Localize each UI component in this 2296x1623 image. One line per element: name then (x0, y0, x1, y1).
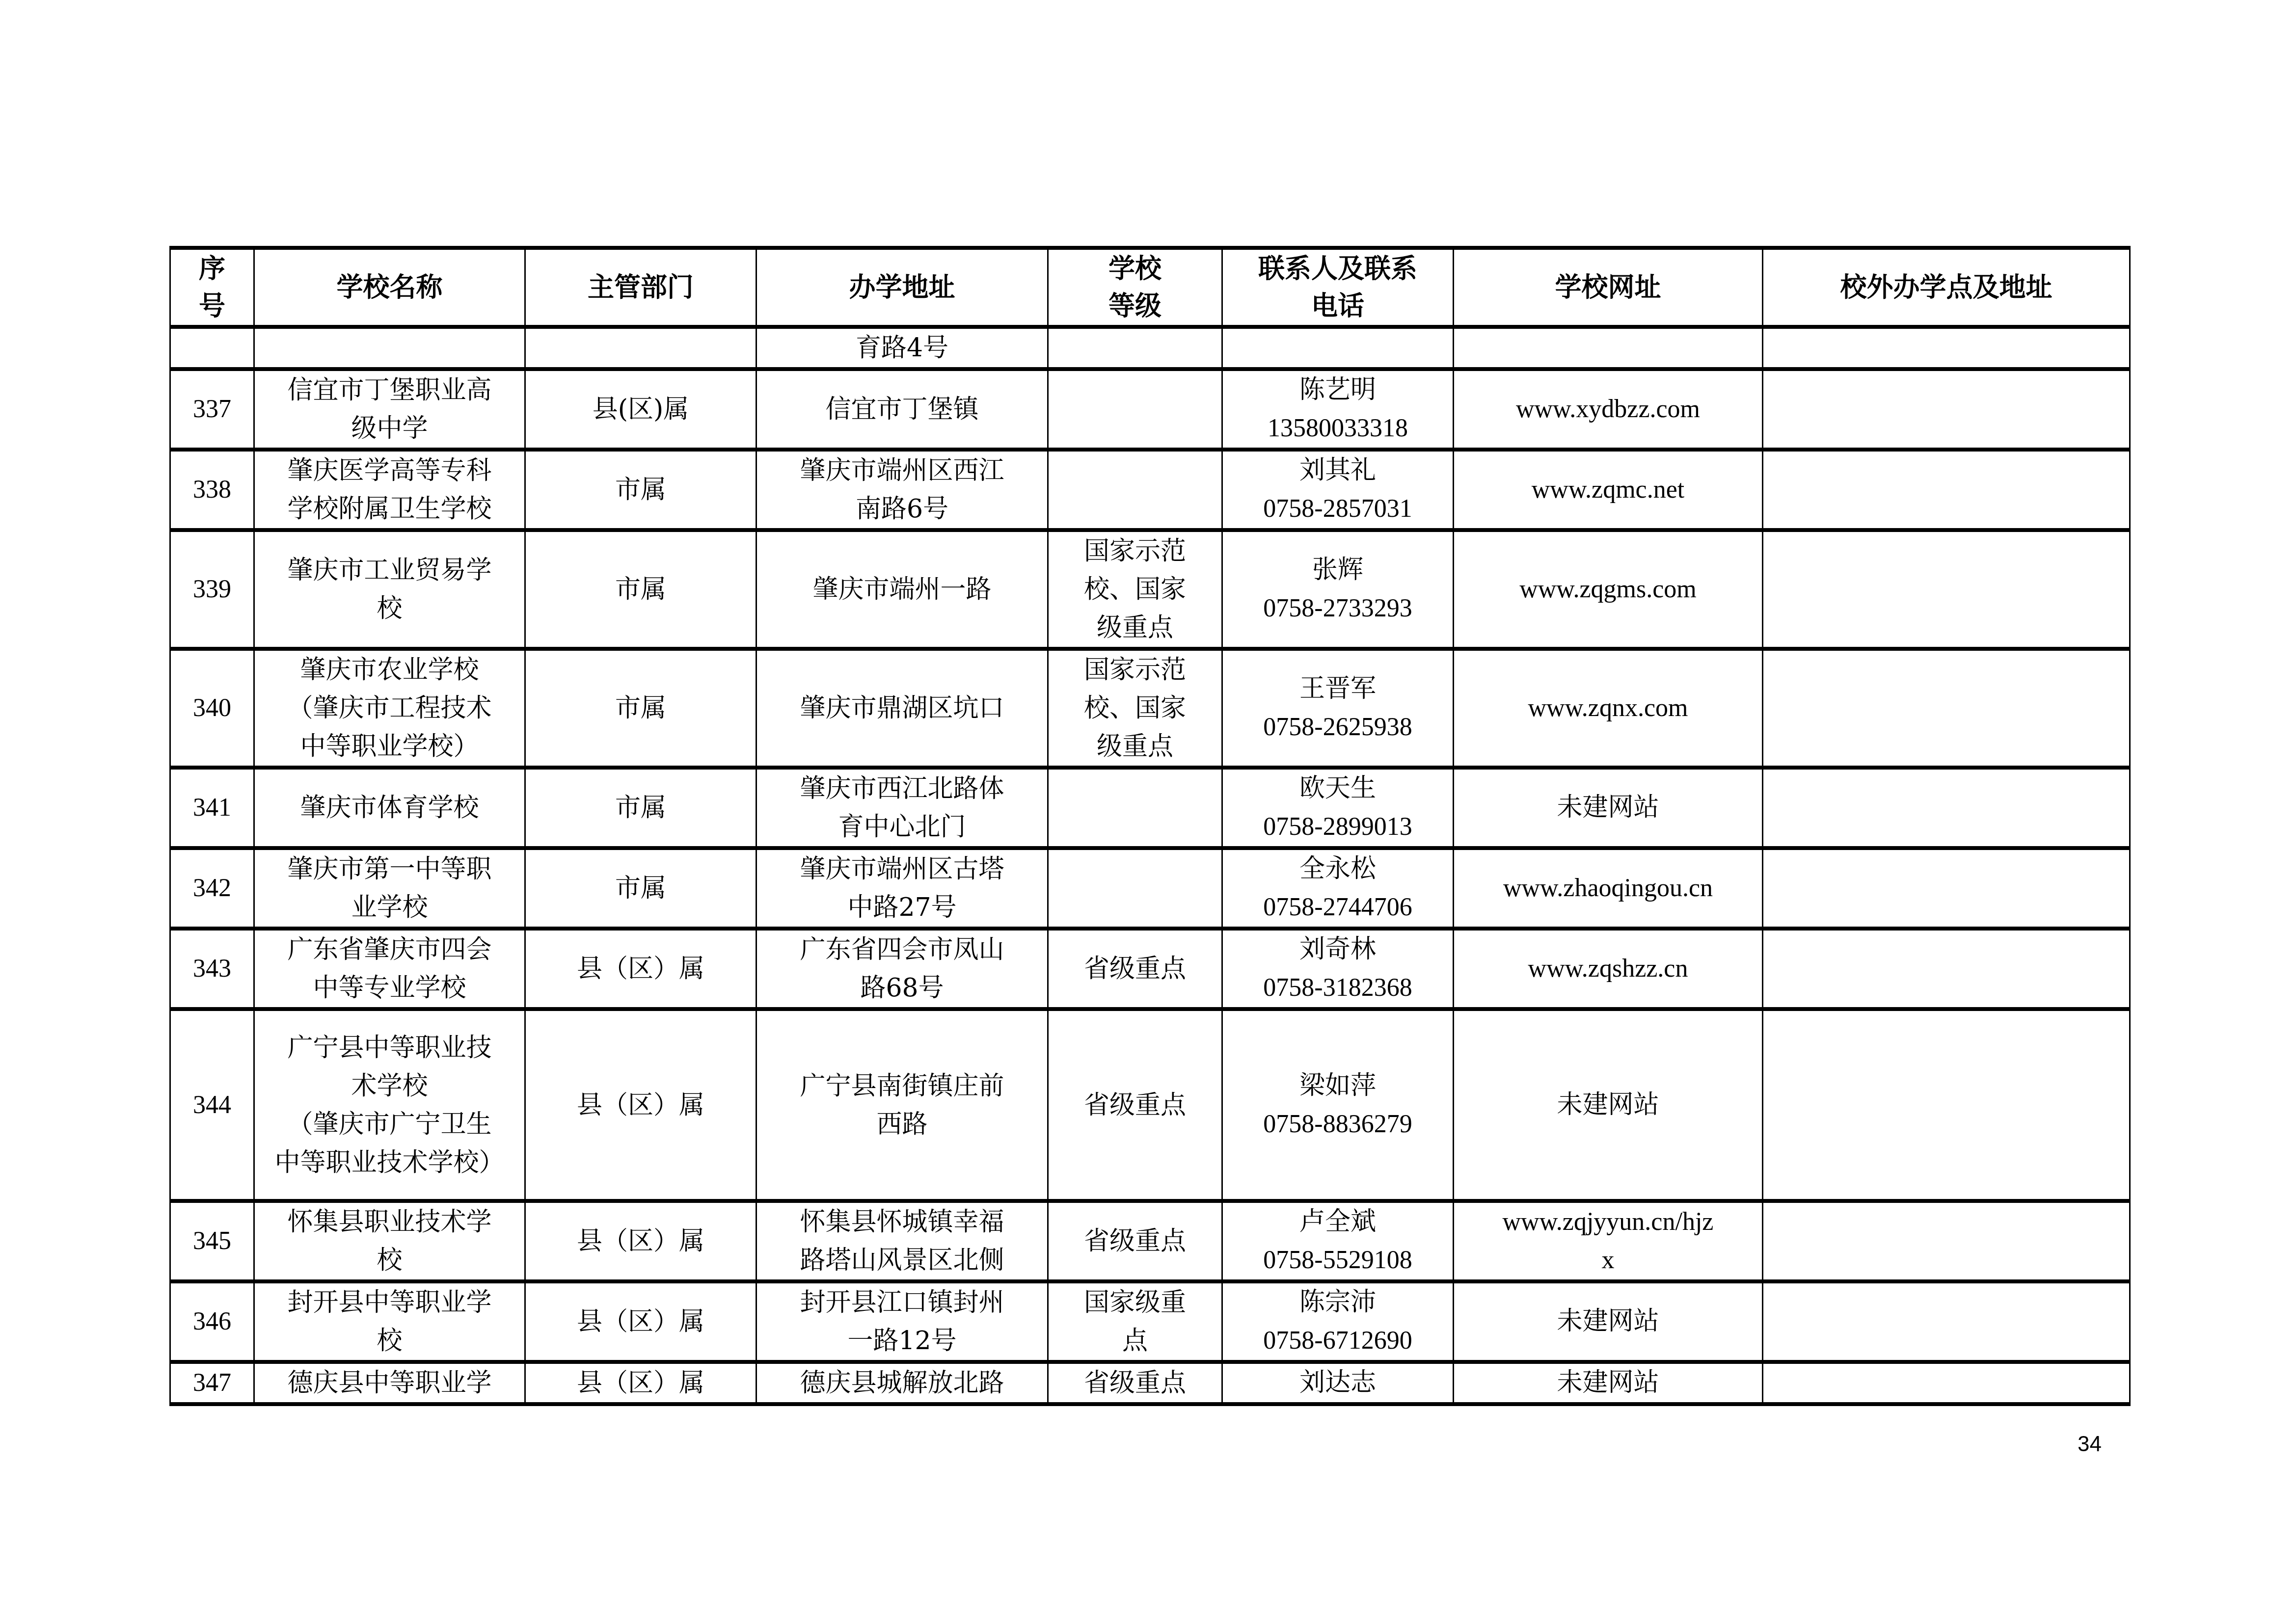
cell-address-line: 广东省四会市凤山 (763, 931, 1041, 969)
cell-website-line: www.zqshzz.cn (1460, 950, 1756, 988)
cell-branch (1763, 929, 2130, 1009)
cell-address: 德庆县城解放北路 (756, 1362, 1048, 1404)
cell-address-line: 西路 (763, 1105, 1041, 1144)
cell-website (1454, 327, 1763, 369)
cell-address-line: 广宁县南街镇庄前 (763, 1067, 1041, 1105)
cell-school-name (254, 327, 525, 369)
cell-contact: 欧天生0758-2899013 (1222, 768, 1454, 848)
header-school-name: 学校名称 (254, 248, 525, 327)
cell-address: 广宁县南街镇庄前西路 (756, 1009, 1048, 1201)
cell-address: 信宜市丁堡镇 (756, 369, 1048, 450)
cell-school-name-line: 封开县中等职业学 (261, 1283, 518, 1322)
cell-address-line: 怀集县怀城镇幸福 (763, 1203, 1041, 1241)
cell-level: 国家示范校、国家级重点 (1048, 649, 1222, 768)
cell-branch (1763, 1362, 2130, 1404)
cell-index: 339 (170, 530, 254, 649)
cell-address: 肇庆市西江北路体育中心北门 (756, 768, 1048, 848)
cell-department: 市属 (525, 450, 756, 530)
cell-address-line: 育路4号 (763, 329, 1041, 367)
cell-department: 市属 (525, 768, 756, 848)
cell-index: 342 (170, 848, 254, 929)
cell-school-name-line: 肇庆市工业贸易学 (261, 551, 518, 589)
cell-contact: 陈艺明13580033318 (1222, 369, 1454, 450)
cell-level-line: 省级重点 (1054, 1086, 1216, 1124)
cell-contact-line: 刘其礼 (1229, 452, 1447, 490)
table-row: 347德庆县中等职业学县（区）属德庆县城解放北路省级重点刘达志未建网站 (170, 1362, 2130, 1404)
cell-branch (1763, 1009, 2130, 1201)
cell-branch (1763, 369, 2130, 450)
cell-address-line: 德庆县城解放北路 (763, 1364, 1041, 1402)
header-label-line: 学校 (1054, 250, 1216, 288)
table-row: 344广宁县中等职业技术学校（肇庆市广宁卫生中等职业技术学校）县（区）属广宁县南… (170, 1009, 2130, 1201)
cell-branch (1763, 1281, 2130, 1362)
cell-contact-line: 0758-2857031 (1229, 490, 1447, 528)
cell-contact-line: 0758-2744706 (1229, 888, 1447, 927)
cell-school-name-line: 信宜市丁堡职业高 (261, 371, 518, 409)
header-department: 主管部门 (525, 248, 756, 327)
cell-contact-line: 王晋军 (1229, 670, 1447, 708)
cell-contact-line: 0758-6712690 (1229, 1322, 1447, 1360)
cell-school-name: 德庆县中等职业学 (254, 1362, 525, 1404)
cell-address-line: 南路6号 (763, 490, 1041, 528)
school-table: 序号学校名称主管部门办学地址学校等级联系人及联系电话学校网址校外办学点及地址 育… (169, 246, 2131, 1406)
cell-address-line: 肇庆市端州区古塔 (763, 850, 1041, 888)
cell-address: 怀集县怀城镇幸福路塔山风景区北侧 (756, 1201, 1048, 1281)
cell-school-name: 肇庆市第一中等职业学校 (254, 848, 525, 929)
header-label-line: 等级 (1054, 288, 1216, 325)
cell-school-name-line: 学校附属卫生学校 (261, 490, 518, 528)
cell-address-line: 肇庆市鼎湖区坑口 (763, 689, 1041, 727)
cell-website-line: www.zqjyyun.cn/hjz (1460, 1203, 1756, 1241)
header-website: 学校网址 (1454, 248, 1763, 327)
cell-department: 县（区）属 (525, 929, 756, 1009)
table-row: 343广东省肇庆市四会中等专业学校县（区）属广东省四会市凤山路68号省级重点刘奇… (170, 929, 2130, 1009)
cell-address: 肇庆市端州区西江南路6号 (756, 450, 1048, 530)
cell-department: 市属 (525, 530, 756, 649)
cell-contact: 张辉0758-2733293 (1222, 530, 1454, 649)
header-label-line: 学校网址 (1460, 269, 1756, 306)
cell-index: 340 (170, 649, 254, 768)
cell-contact-line: 刘达志 (1229, 1364, 1447, 1402)
table-row: 337信宜市丁堡职业高级中学县(区)属信宜市丁堡镇陈艺明13580033318w… (170, 369, 2130, 450)
cell-address-line: 肇庆市端州区西江 (763, 452, 1041, 490)
cell-index: 347 (170, 1362, 254, 1404)
cell-level-line: 校、国家 (1054, 570, 1216, 609)
cell-school-name-line: 级中学 (261, 409, 518, 448)
cell-level-line: 点 (1054, 1322, 1216, 1360)
cell-website: www.zqgms.com (1454, 530, 1763, 649)
cell-index: 343 (170, 929, 254, 1009)
header-label-line: 学校名称 (261, 269, 518, 306)
cell-index: 337 (170, 369, 254, 450)
cell-address: 育路4号 (756, 327, 1048, 369)
cell-contact-line: 张辉 (1229, 551, 1447, 589)
cell-contact: 刘其礼0758-2857031 (1222, 450, 1454, 530)
cell-index: 345 (170, 1201, 254, 1281)
table-row: 346封开县中等职业学校县（区）属封开县江口镇封州一路12号国家级重点陈宗沛07… (170, 1281, 2130, 1362)
cell-school-name: 广宁县中等职业技术学校（肇庆市广宁卫生中等职业技术学校） (254, 1009, 525, 1201)
cell-contact-line: 0758-2625938 (1229, 708, 1447, 746)
cell-address-line: 封开县江口镇封州 (763, 1283, 1041, 1322)
cell-department: 县（区）属 (525, 1362, 756, 1404)
header-branch: 校外办学点及地址 (1763, 248, 2130, 327)
cell-website-line: www.zhaoqingou.cn (1460, 869, 1756, 907)
cell-website-line: www.zqmc.net (1460, 471, 1756, 509)
header-index: 序号 (170, 248, 254, 327)
cell-address: 肇庆市端州区古塔中路27号 (756, 848, 1048, 929)
cell-website-line: www.xydbzz.com (1460, 390, 1756, 428)
cell-school-name-line: 中等专业学校 (261, 969, 518, 1007)
cell-school-name-line: 肇庆医学高等专科 (261, 452, 518, 490)
cell-level: 省级重点 (1048, 1362, 1222, 1404)
table-row: 338肇庆医学高等专科学校附属卫生学校市属肇庆市端州区西江南路6号刘其礼0758… (170, 450, 2130, 530)
cell-contact-line: 0758-5529108 (1229, 1241, 1447, 1279)
cell-department: 县(区)属 (525, 369, 756, 450)
header-contact: 联系人及联系电话 (1222, 248, 1454, 327)
cell-address-line: 肇庆市端州一路 (763, 570, 1041, 609)
cell-school-name-line: 广东省肇庆市四会 (261, 931, 518, 969)
cell-website-line: 未建网站 (1460, 1364, 1756, 1402)
cell-school-name-line: 业学校 (261, 888, 518, 927)
header-label-line: 序 (177, 250, 247, 288)
cell-contact (1222, 327, 1454, 369)
cell-address-line: 肇庆市西江北路体 (763, 770, 1041, 808)
table-row: 育路4号 (170, 327, 2130, 369)
cell-school-name: 肇庆市工业贸易学校 (254, 530, 525, 649)
cell-school-name-line: 校 (261, 1241, 518, 1279)
cell-level (1048, 450, 1222, 530)
cell-level: 省级重点 (1048, 929, 1222, 1009)
cell-branch (1763, 450, 2130, 530)
cell-website: www.zqmc.net (1454, 450, 1763, 530)
cell-address: 封开县江口镇封州一路12号 (756, 1281, 1048, 1362)
cell-contact-line: 0758-8836279 (1229, 1105, 1447, 1144)
cell-level: 国家级重点 (1048, 1281, 1222, 1362)
cell-address-line: 信宜市丁堡镇 (763, 390, 1041, 428)
cell-index: 341 (170, 768, 254, 848)
cell-school-name-line: 肇庆市第一中等职 (261, 850, 518, 888)
cell-website: 未建网站 (1454, 1281, 1763, 1362)
cell-school-name-line: （肇庆市工程技术 (261, 689, 518, 727)
table-row: 339肇庆市工业贸易学校市属肇庆市端州一路国家示范校、国家级重点张辉0758-2… (170, 530, 2130, 649)
cell-contact-line: 全永松 (1229, 850, 1447, 888)
cell-level-line: 国家示范 (1054, 532, 1216, 570)
cell-website: www.zqshzz.cn (1454, 929, 1763, 1009)
cell-branch (1763, 768, 2130, 848)
header-label-line: 主管部门 (532, 269, 750, 306)
cell-address: 肇庆市鼎湖区坑口 (756, 649, 1048, 768)
cell-contact: 梁如萍0758-8836279 (1222, 1009, 1454, 1201)
cell-school-name-line: 中等职业技术学校） (261, 1144, 518, 1182)
cell-level-line: 国家示范 (1054, 651, 1216, 689)
cell-level: 国家示范校、国家级重点 (1048, 530, 1222, 649)
cell-school-name-line: （肇庆市广宁卫生 (261, 1105, 518, 1144)
cell-index: 346 (170, 1281, 254, 1362)
cell-contact: 刘达志 (1222, 1362, 1454, 1404)
header-label-line: 校外办学点及地址 (1769, 269, 2123, 306)
cell-website-line: 未建网站 (1460, 1086, 1756, 1124)
table-row: 342肇庆市第一中等职业学校市属肇庆市端州区古塔中路27号全永松0758-274… (170, 848, 2130, 929)
cell-website-line: www.zqnx.com (1460, 689, 1756, 727)
cell-contact-line: 0758-3182368 (1229, 969, 1447, 1007)
cell-school-name: 肇庆市农业学校（肇庆市工程技术中等职业学校） (254, 649, 525, 768)
cell-address-line: 育中心北门 (763, 808, 1041, 846)
cell-level-line: 级重点 (1054, 727, 1216, 766)
cell-website: 未建网站 (1454, 1362, 1763, 1404)
cell-school-name: 怀集县职业技术学校 (254, 1201, 525, 1281)
cell-level: 省级重点 (1048, 1009, 1222, 1201)
header-label-line: 电话 (1229, 288, 1447, 325)
cell-address: 广东省四会市凤山路68号 (756, 929, 1048, 1009)
cell-website-line: 未建网站 (1460, 1303, 1756, 1341)
cell-branch (1763, 649, 2130, 768)
table-row: 341肇庆市体育学校市属肇庆市西江北路体育中心北门欧天生0758-2899013… (170, 768, 2130, 848)
cell-contact-line: 卢全斌 (1229, 1203, 1447, 1241)
cell-level-line: 级重点 (1054, 609, 1216, 647)
cell-website: www.xydbzz.com (1454, 369, 1763, 450)
cell-level: 省级重点 (1048, 1201, 1222, 1281)
cell-website-line: 未建网站 (1460, 789, 1756, 827)
cell-contact-line: 13580033318 (1229, 409, 1447, 448)
cell-level (1048, 848, 1222, 929)
table-row: 345怀集县职业技术学校县（区）属怀集县怀城镇幸福路塔山风景区北侧省级重点卢全斌… (170, 1201, 2130, 1281)
cell-level-line: 校、国家 (1054, 689, 1216, 727)
cell-school-name-line: 德庆县中等职业学 (261, 1364, 518, 1402)
cell-address-line: 路塔山风景区北侧 (763, 1241, 1041, 1279)
cell-school-name-line: 中等职业学校） (261, 727, 518, 766)
cell-contact-line: 梁如萍 (1229, 1067, 1447, 1105)
header-level: 学校等级 (1048, 248, 1222, 327)
cell-index: 344 (170, 1009, 254, 1201)
cell-index (170, 327, 254, 369)
cell-contact-line: 0758-2899013 (1229, 808, 1447, 846)
cell-school-name: 封开县中等职业学校 (254, 1281, 525, 1362)
cell-contact: 刘奇林0758-3182368 (1222, 929, 1454, 1009)
cell-index: 338 (170, 450, 254, 530)
cell-contact: 全永松0758-2744706 (1222, 848, 1454, 929)
table-body: 育路4号337信宜市丁堡职业高级中学县(区)属信宜市丁堡镇陈艺明13580033… (170, 327, 2130, 1404)
cell-contact-line: 陈艺明 (1229, 371, 1447, 409)
cell-department (525, 327, 756, 369)
cell-contact-line: 0758-2733293 (1229, 589, 1447, 628)
table-row: 340肇庆市农业学校（肇庆市工程技术中等职业学校）市属肇庆市鼎湖区坑口国家示范校… (170, 649, 2130, 768)
header-address: 办学地址 (756, 248, 1048, 327)
cell-school-name-line: 肇庆市体育学校 (261, 789, 518, 827)
cell-level (1048, 768, 1222, 848)
cell-level-line: 省级重点 (1054, 950, 1216, 988)
header-label-line: 办学地址 (763, 269, 1041, 306)
cell-contact-line: 陈宗沛 (1229, 1283, 1447, 1322)
document-page: 序号学校名称主管部门办学地址学校等级联系人及联系电话学校网址校外办学点及地址 育… (0, 0, 2296, 1623)
cell-website: www.zqnx.com (1454, 649, 1763, 768)
cell-contact: 陈宗沛0758-6712690 (1222, 1281, 1454, 1362)
cell-school-name-line: 校 (261, 1322, 518, 1360)
cell-school-name: 肇庆医学高等专科学校附属卫生学校 (254, 450, 525, 530)
cell-school-name: 信宜市丁堡职业高级中学 (254, 369, 525, 450)
cell-address-line: 路68号 (763, 969, 1041, 1007)
cell-website: www.zhaoqingou.cn (1454, 848, 1763, 929)
header-label-line: 联系人及联系 (1229, 250, 1447, 288)
cell-level-line: 国家级重 (1054, 1283, 1216, 1322)
cell-address: 肇庆市端州一路 (756, 530, 1048, 649)
cell-address-line: 一路12号 (763, 1322, 1041, 1360)
cell-branch (1763, 1201, 2130, 1281)
cell-contact: 王晋军0758-2625938 (1222, 649, 1454, 768)
cell-website: www.zqjyyun.cn/hjzx (1454, 1201, 1763, 1281)
cell-level (1048, 327, 1222, 369)
cell-school-name-line: 广宁县中等职业技 (261, 1029, 518, 1067)
header-label-line: 号 (177, 288, 247, 325)
cell-website: 未建网站 (1454, 1009, 1763, 1201)
cell-website-line: www.zqgms.com (1460, 570, 1756, 609)
page-number: 34 (2078, 1432, 2102, 1457)
cell-contact-line: 欧天生 (1229, 770, 1447, 808)
table-header-row: 序号学校名称主管部门办学地址学校等级联系人及联系电话学校网址校外办学点及地址 (170, 248, 2130, 327)
cell-department: 县（区）属 (525, 1201, 756, 1281)
cell-school-name-line: 校 (261, 589, 518, 628)
cell-branch (1763, 327, 2130, 369)
cell-department: 市属 (525, 649, 756, 768)
cell-school-name-line: 肇庆市农业学校 (261, 651, 518, 689)
cell-school-name-line: 怀集县职业技术学 (261, 1203, 518, 1241)
cell-branch (1763, 530, 2130, 649)
cell-level-line: 省级重点 (1054, 1364, 1216, 1402)
cell-branch (1763, 848, 2130, 929)
cell-level (1048, 369, 1222, 450)
cell-school-name: 肇庆市体育学校 (254, 768, 525, 848)
cell-school-name-line: 术学校 (261, 1067, 518, 1105)
cell-contact-line: 刘奇林 (1229, 931, 1447, 969)
cell-level-line: 省级重点 (1054, 1222, 1216, 1260)
cell-school-name: 广东省肇庆市四会中等专业学校 (254, 929, 525, 1009)
cell-website-line: x (1460, 1241, 1756, 1279)
cell-address-line: 中路27号 (763, 888, 1041, 927)
cell-department: 县（区）属 (525, 1281, 756, 1362)
cell-contact: 卢全斌0758-5529108 (1222, 1201, 1454, 1281)
cell-website: 未建网站 (1454, 768, 1763, 848)
cell-department: 市属 (525, 848, 756, 929)
cell-department: 县（区）属 (525, 1009, 756, 1201)
